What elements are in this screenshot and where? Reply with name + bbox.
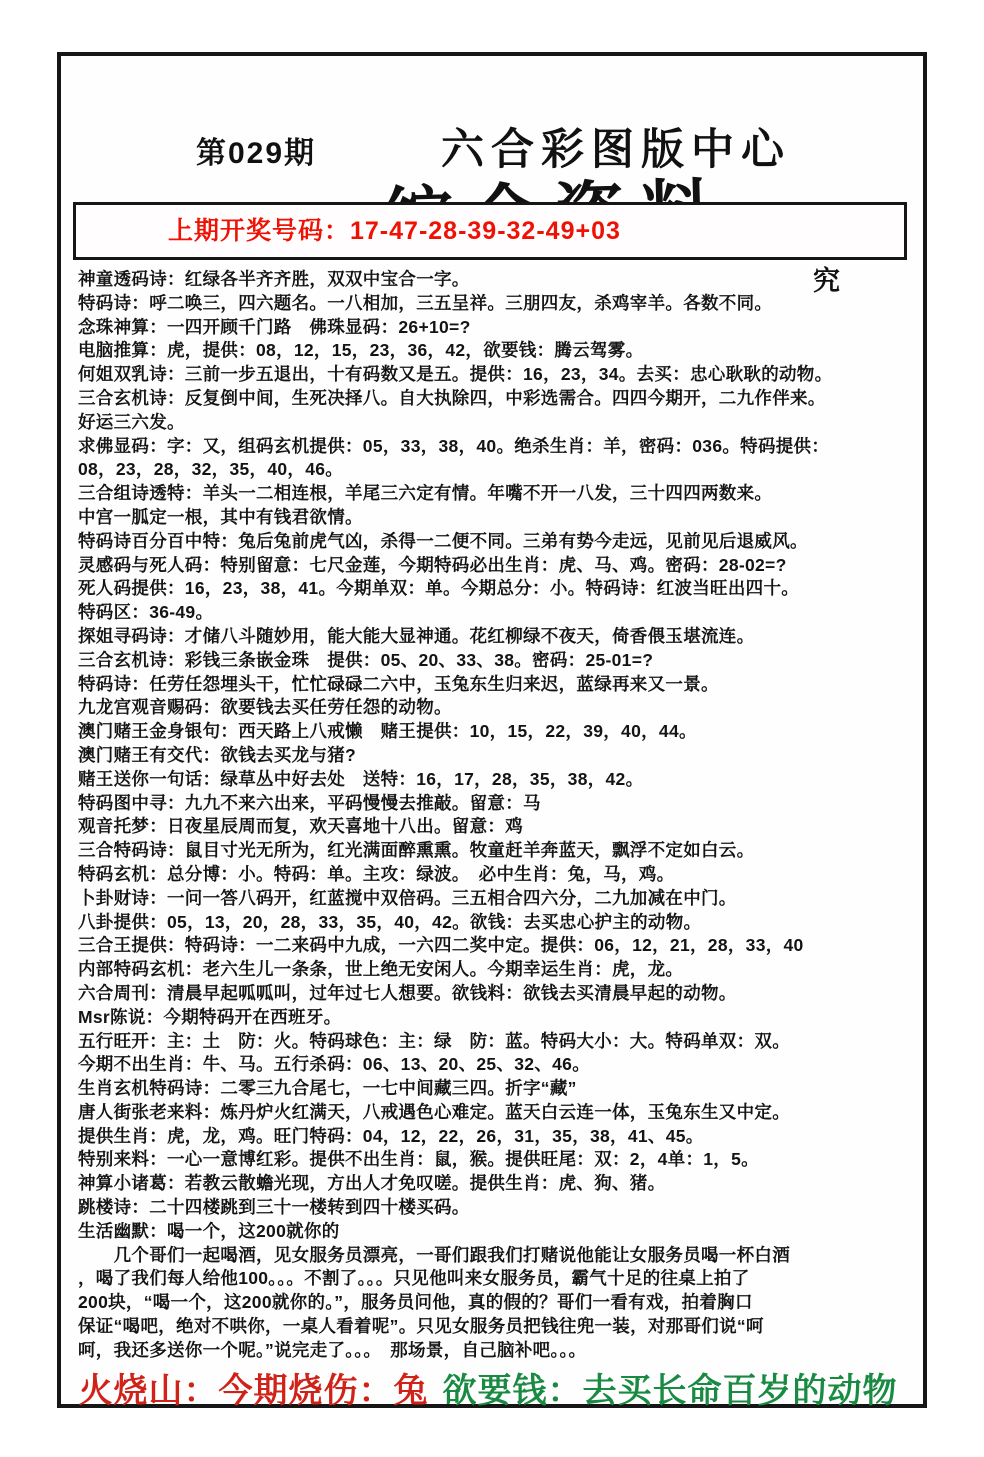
body-text-line: 特码图中寻：九九不来六出来，平码慢慢去推敲。留意：马 <box>78 792 920 816</box>
body-text-line: 卜卦财诗：一问一答八码开，红蓝搅中双倍码。三五相合四六分，二九加减在中门。 <box>78 887 920 911</box>
body-text-line: 生肖玄机特码诗：二零三九合尾七，一七中间藏三四。折字“藏” <box>78 1077 920 1101</box>
body-text-line: 唐人街张老来料：炼丹炉火红满天，八戒遇色心难定。蓝天白云连一体，玉兔东生又中定。 <box>78 1101 920 1125</box>
body-text-line: 三合王提供：特码诗：一二来码中九成，一六四二奖中定。提供：06，12，21，28… <box>78 934 920 958</box>
body-text-line: 三合玄机诗：彩钱三条嵌金珠 提供：05、20、33、38。密码：25-01=? <box>78 649 920 673</box>
footer-red-text: 火烧山：今期烧伤：兔 <box>79 1372 429 1410</box>
last-draw-box: 上期开奖号码：17-47-28-39-32-49+03 <box>73 202 907 260</box>
body-text-line: 特码诗：呼二唤三，四六题名。一八相加，三五呈祥。三朋四友，杀鸡宰羊。各数不同。 <box>78 292 920 316</box>
body-text-line: 神算小诸葛：若教云散蟾光现，方出人才免叹嗟。提供生肖：虎、狗、猪。 <box>78 1172 920 1196</box>
body-text-line: 神童透码诗：红绿各半齐齐胜，双双中宝合一字。 <box>78 268 920 292</box>
body-text-line: 特码玄机：总分博：小。特码：单。主攻：绿波。 必中生肖：兔，马，鸡。 <box>78 863 920 887</box>
body-text-line: 特码诗：任劳任怨埋头干，忙忙碌碌二六中，玉兔东生归来迟，蓝绿再来又一景。 <box>78 673 920 697</box>
body-text-line: 九龙宫观音赐码：欲要钱去买任劳任怨的动物。 <box>78 696 920 720</box>
footer-green-text: 欲要钱：去买长命百岁的动物 <box>429 1372 898 1410</box>
footer-banner: 火烧山：今期烧伤：兔欲要钱：去买长命百岁的动物 <box>61 1363 915 1412</box>
body-text-line: 提供生肖：虎，龙，鸡。旺门特码：04，12，22，26，31，35，38，41、… <box>78 1125 920 1149</box>
body-text-line: 好运三六发。 <box>78 411 920 435</box>
body-text-line: 六合周刊：清晨早起呱呱叫，过年过七人想要。欲钱料：欲钱去买清晨早起的动物。 <box>78 982 920 1006</box>
body-text-line: 何姐双乳诗：三前一步五退出，十有码数又是五。提供：16，23，34。去买：忠心耿… <box>78 363 920 387</box>
body-text-line: 澳门赌王金身银句：西天路上八戒懒 赌王提供：10，15，22，39，40，44。 <box>78 720 920 744</box>
body-text-line: ，喝了我们每人给他100。。。不割了。。。只见他叫来女服务员，霸气十足的往桌上拍… <box>78 1267 920 1291</box>
last-draw-numbers: 上期开奖号码：17-47-28-39-32-49+03 <box>76 205 904 257</box>
issue-number: 第029期 <box>196 128 316 172</box>
body-text-line: 探姐寻码诗：才储八斗随妙用，能大能大显神通。花红柳绿不夜天，倚香偎玉堪流连。 <box>78 625 920 649</box>
body-text-line: 电脑推算：虎，提供：08，12，15，23，36，42，欲要钱：腾云驾雾。 <box>78 339 920 363</box>
body-text-line: 特码区：36-49。 <box>78 601 920 625</box>
body-text-line: 澳门赌王有交代：欲钱去买龙与猪? <box>78 744 920 768</box>
body-text-line: 特别来料：一心一意博红彩。提供不出生肖：鼠，猴。提供旺尾：双：2，4单：1，5。 <box>78 1148 920 1172</box>
body-text-line: 特码诗百分百中特：兔后兔前虎气凶，杀得一二便不同。三弟有势今走远，见前见后退威风… <box>78 530 920 554</box>
body-text-line: 求佛显码：字：又，组码玄机提供：05，33，38，40。绝杀生肖：羊，密码：03… <box>78 435 920 459</box>
body-text-line: 今期不出生肖：牛、马。五行杀码：06、13、20、25、32、46。 <box>78 1053 920 1077</box>
body-text-line: 生活幽默：喝一个，这200就你的 <box>78 1220 920 1244</box>
body-text-line: 三合玄机诗：反复倒中间，生死决择八。自大执除四，中彩选需合。四四今期开，二九作伴… <box>78 387 920 411</box>
body-text-line: 跳楼诗：二十四楼跳到三十一楼转到四十楼买码。 <box>78 1196 920 1220</box>
body-text-line: 中宫一胍定一根，其中有钱君欲情。 <box>78 506 920 530</box>
body-text-line: 几个哥们一起喝酒，见女服务员漂亮，一哥们跟我们打赌说他能让女服务员喝一杯白酒 <box>78 1244 920 1268</box>
body-text-line: 赌王送你一句话：绿草丛中好去处 送特：16，17，28，35，38，42。 <box>78 768 920 792</box>
body-text-line: Msr陈说：今期特码开在西班牙。 <box>78 1006 920 1030</box>
body-text-line: 08，23，28，32，35，40，46。 <box>78 458 920 482</box>
body-text-line: 三合组诗透特：羊头一二相连根，羊尾三六定有情。年嘴不开一八发，三十四四两数来。 <box>78 482 920 506</box>
body-text-line: 死人码提供：16，23，38，41。今期单双：单。今期总分：小。特码诗：红波当旺… <box>78 577 920 601</box>
body-text-line: 念珠神算：一四开顾千门路 佛珠显码：26+10=? <box>78 316 920 340</box>
body-text-line: 灵感码与死人码：特别留意：七尺金莲，今期特码必出生肖：虎、马、鸡。密码：28-0… <box>78 554 920 578</box>
body-text-line: 五行旺开：主：土 防：火。特码球色：主：绿 防：蓝。特码大小：大。特码单双：双。 <box>78 1030 920 1054</box>
body-text-line: 三合特码诗：鼠目寸光无所为，红光满面醉熏熏。牧童赶羊奔蓝天，飘浮不定如白云。 <box>78 839 920 863</box>
body-text: 神童透码诗：红绿各半齐齐胜，双双中宝合一字。特码诗：呼二唤三，四六题名。一八相加… <box>78 268 920 1363</box>
body-text-line: 八卦提供：05，13，20，28，33，35，40，42。欲钱：去买忠心护主的动… <box>78 911 920 935</box>
body-text-line: 内部特码玄机：老六生儿一条条，世上绝无安闲人。今期幸运生肖：虎，龙。 <box>78 958 920 982</box>
body-text-line: 200块，“喝一个，这200就你的。”，服务员问他，真的假的？哥们一看有戏，拍着… <box>78 1291 920 1315</box>
body-text-line: 呵，我还多送你一个呢。”说完走了。。。 那场景，自己脑补吧。。。 <box>78 1339 920 1363</box>
body-text-line: 观音托梦：日夜星辰周而复，欢天喜地十八出。留意：鸡 <box>78 815 920 839</box>
lottery-info-sheet: 第029期 六合彩图版中心 综合资料 版权所有 翻版必究 上期开奖号码：17-4… <box>0 0 984 1457</box>
body-text-line: 保证“喝吧，绝对不哄你，一桌人看着呢”。只见女服务员把钱往兜一装，对那哥们说“呵 <box>78 1315 920 1339</box>
